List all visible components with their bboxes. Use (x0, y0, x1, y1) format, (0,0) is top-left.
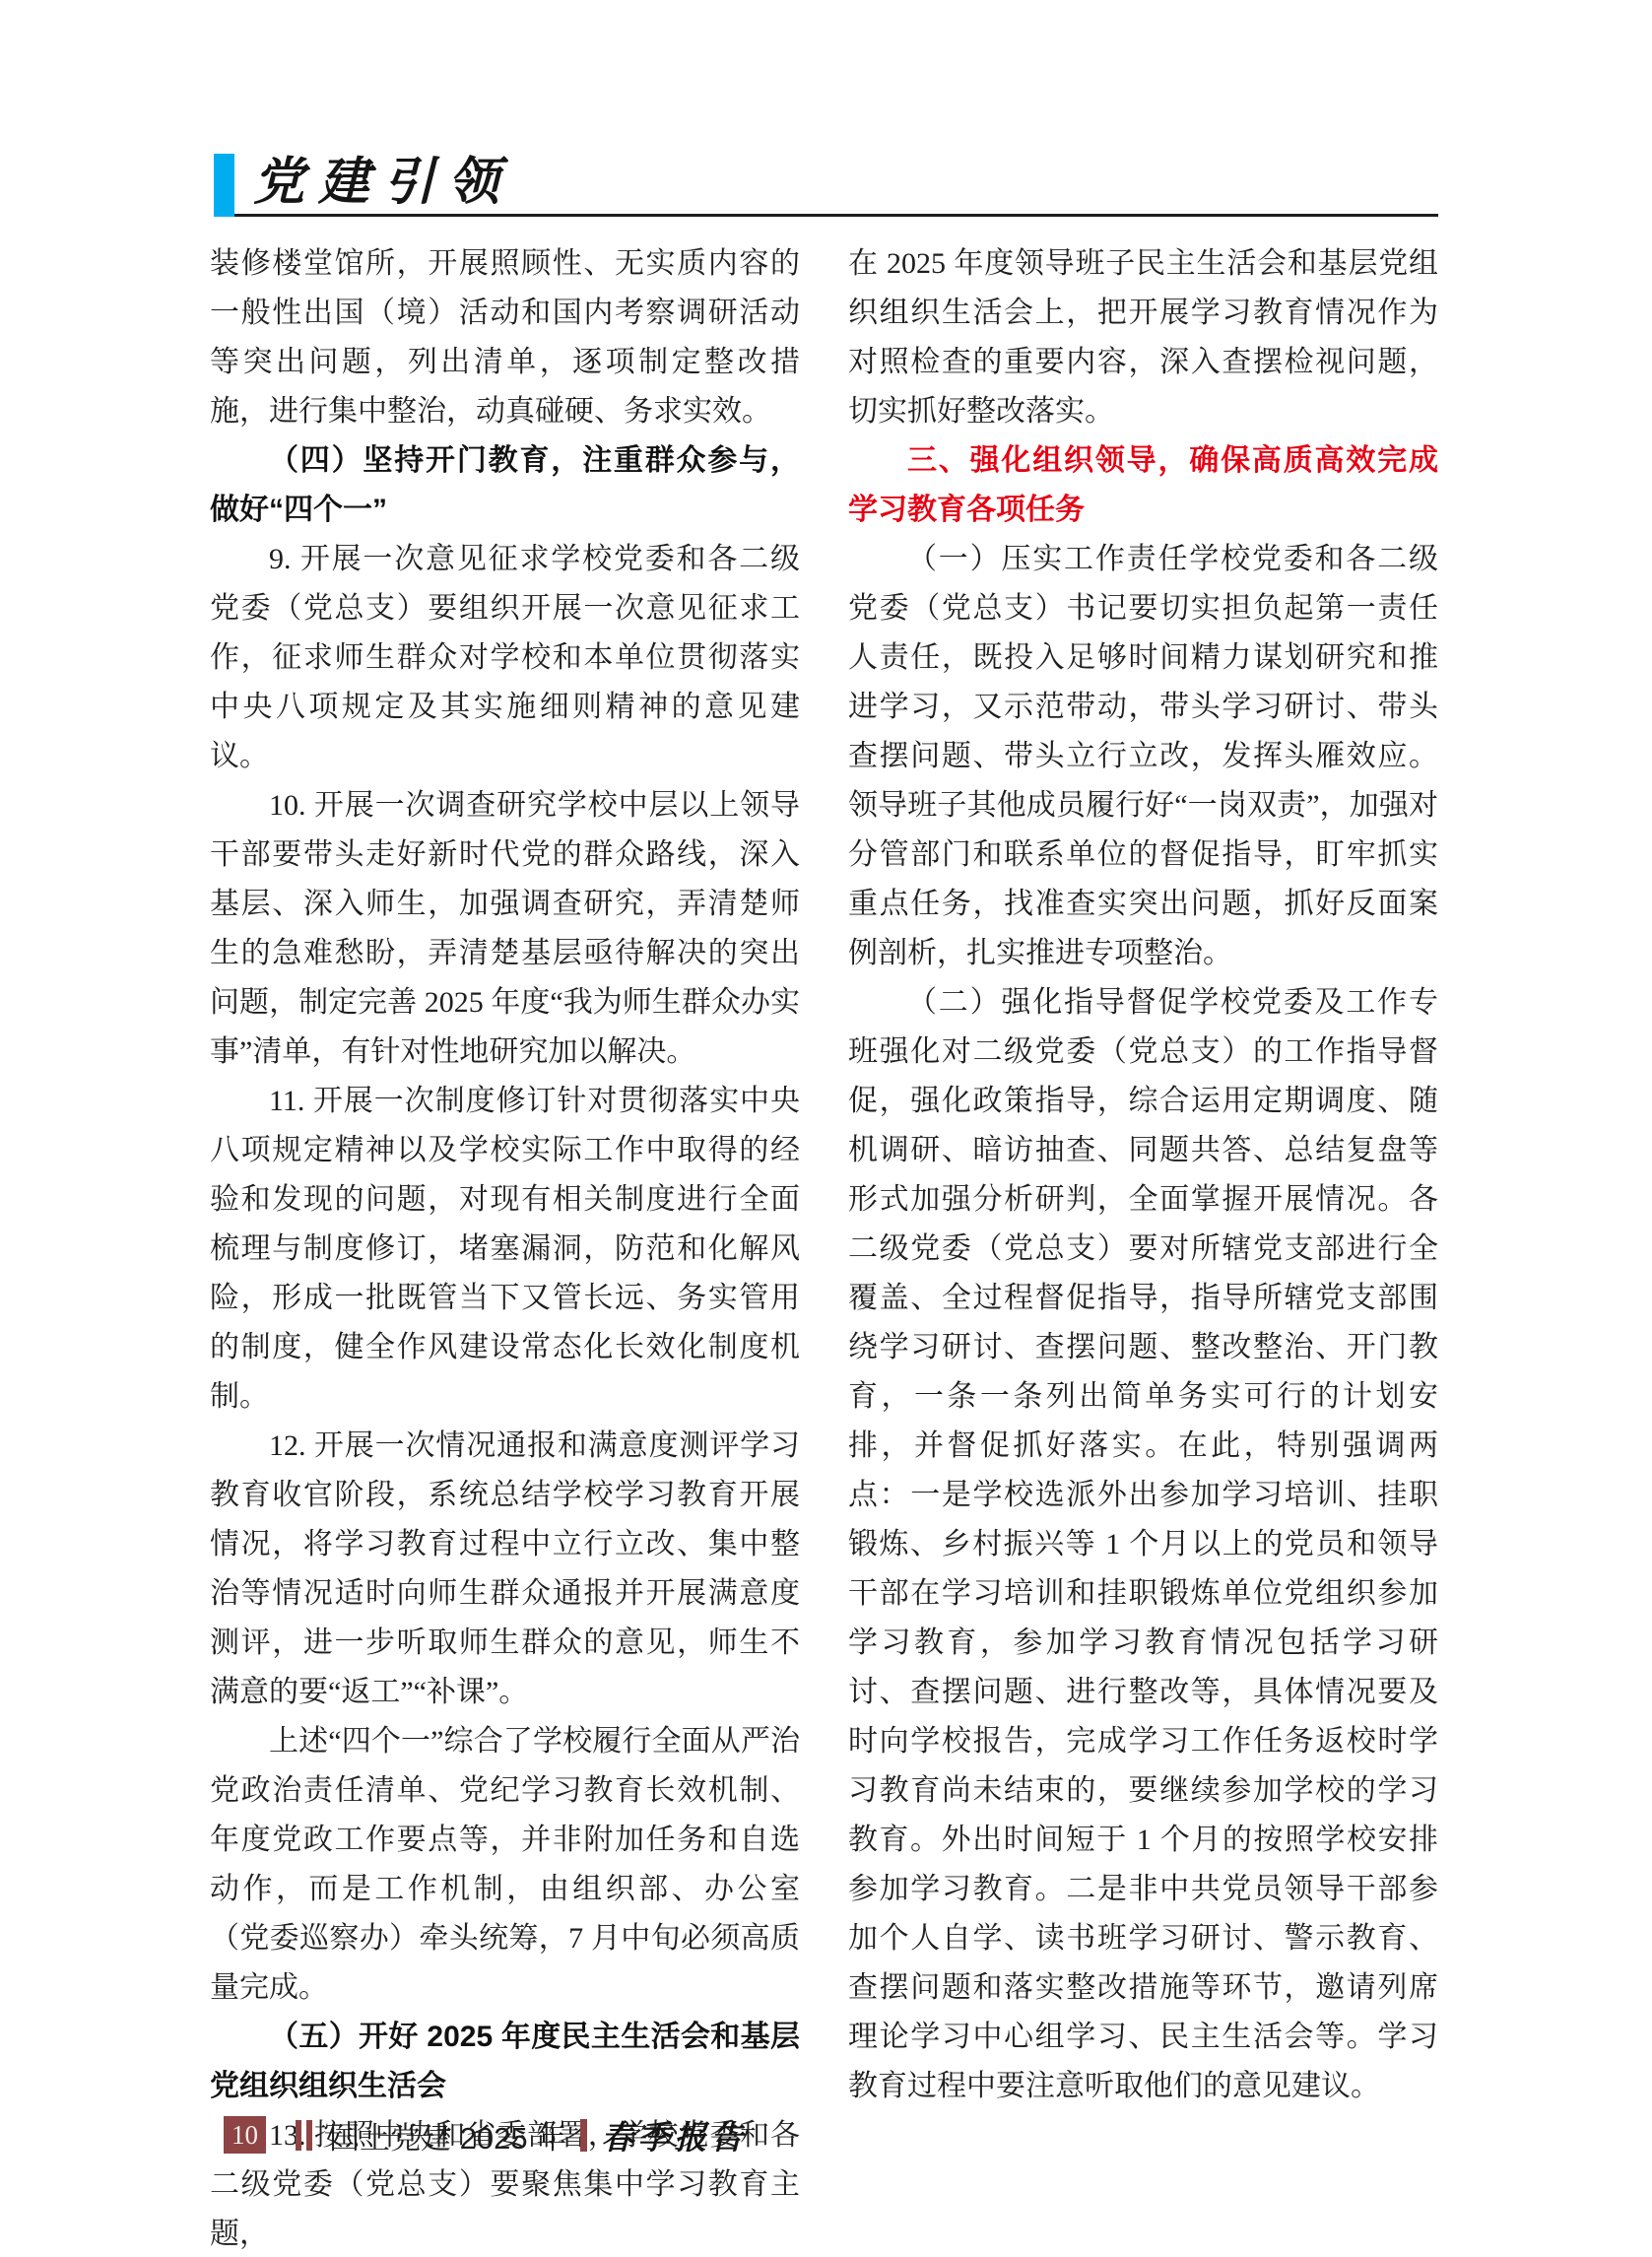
footer-bar-icon (306, 2120, 312, 2151)
page-number-box: 10 (224, 2116, 266, 2154)
footer-double-bar-icon (296, 2120, 312, 2151)
paragraph: 在 2025 年度领导班子民主生活会和基层党组织组织生活会上，把开展学习教育情况… (848, 239, 1438, 436)
header-accent-bar-icon (214, 154, 234, 217)
footer-bar-icon (296, 2120, 301, 2151)
page-header: 党建引领 (210, 154, 1438, 219)
section-title: 党建引领 (253, 154, 513, 213)
column-right: 在 2025 年度领导班子民主生活会和基层党组织组织生活会上，把开展学习教育情况… (848, 239, 1438, 2111)
paragraph: （一）压实工作责任学校党委和各二级党委（党总支）书记要切实担负起第一责任人责任，… (848, 535, 1438, 978)
paragraph: 11. 开展一次制度修订针对贯彻落实中央八项规定精神以及学校实际工作中取得的经验… (210, 1077, 800, 1422)
paragraph: 装修楼堂馆所，开展照顾性、无实质内容的一般性出国（境）活动和国内考察调研活动等突… (210, 239, 800, 436)
paragraph-heading: 三、强化组织领导，确保高质高效完成学习教育各项任务 (848, 436, 1438, 535)
paragraph: 9. 开展一次意见征求学校党委和各二级党委（党总支）要组织开展一次意见征求工作，… (210, 535, 800, 781)
paragraph-heading: （五）开好 2025 年度民主生活会和基层党组织组织生活会 (210, 2013, 800, 2111)
paragraph: 上述“四个一”综合了学校履行全面从严治党政治责任清单、党纪学习教育长效机制、年度… (210, 1717, 800, 2013)
paragraph: 10. 开展一次调查研究学校中层以上领导干部要带头走好新时代党的群众路线，深入基… (210, 781, 800, 1077)
paragraph-heading: （四）坚持开门教育，注重群众参与，做好“四个一” (210, 436, 800, 535)
paragraph: （二）强化指导督促学校党委及工作专班强化对二级党委（党总支）的工作指导督促，强化… (848, 978, 1438, 2111)
issue-title: 春季报告 (601, 2112, 747, 2158)
page-footer: 10 国土党建 2025 年 春季报告 (224, 2114, 747, 2156)
column-left: 装修楼堂馆所，开展照顾性、无实质内容的一般性出国（境）活动和国内考察调研活动等突… (210, 239, 800, 2257)
page-number: 10 (231, 2120, 258, 2151)
footer-divider-bar-icon (580, 2119, 587, 2152)
paragraph: 12. 开展一次情况通报和满意度测评学习教育收官阶段，系统总结学校学习教育开展情… (210, 1422, 800, 1717)
header-rule (234, 214, 1438, 217)
publication-title: 国土党建 2025 年 (329, 2113, 566, 2157)
page-root: { "header": { "section_title": "党建引领" },… (0, 0, 1652, 2257)
